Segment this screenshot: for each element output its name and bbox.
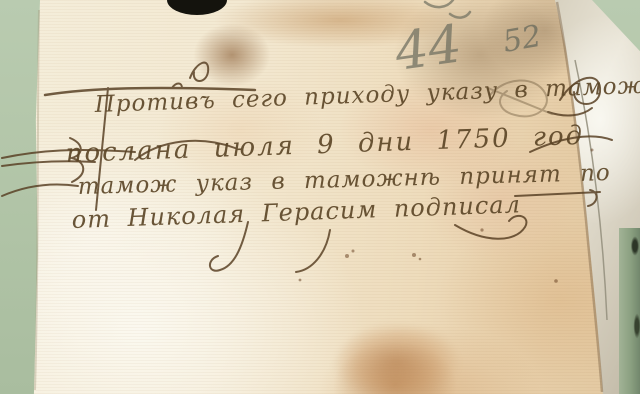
left-paper-edge-shadow	[35, 10, 39, 390]
pencil-folio-old: 44	[390, 14, 465, 83]
pencil-folio-new: 52	[500, 19, 544, 60]
handwritten-line-3: тамож указ в таможнѣ принят по	[77, 160, 611, 200]
ink-flourish-line3-tail	[515, 190, 600, 206]
photo-stage: Противъ сего приходу указу в тамож но по…	[0, 0, 640, 394]
handwriting-layer: Противъ сего приходу указу в тамож но по…	[0, 0, 640, 394]
ink-flourish-line3-lead	[2, 184, 78, 196]
top-edge-dark-mark	[167, 0, 227, 15]
torn-edge-shadow	[557, 2, 602, 392]
ink-flourish-superscript	[172, 63, 208, 88]
handwritten-line-1: Противъ сего приходу указу в тамож но	[93, 71, 640, 118]
ink-descender-loop	[210, 222, 248, 271]
ink-descender-g	[296, 230, 330, 272]
